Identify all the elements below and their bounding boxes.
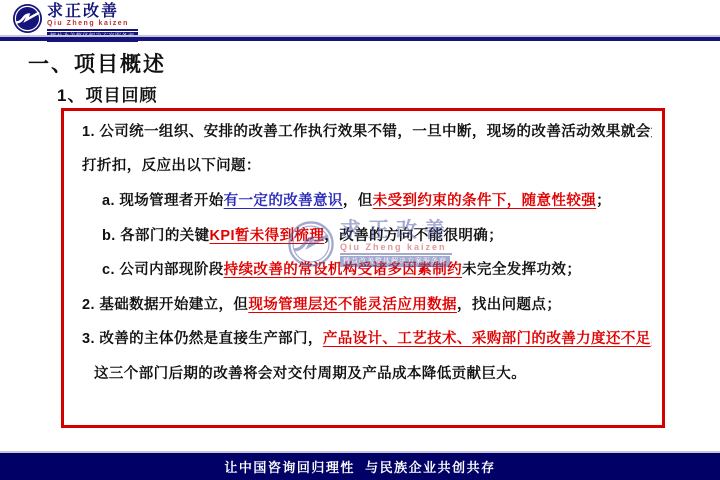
text-line: 这三个部门后期的改善将会对交付周期及产品成本降低贡献巨大。	[76, 355, 652, 390]
footer-slogan: 让中国咨询回归理性 与民族企业共创共存	[224, 457, 495, 476]
text-segment: 持续改善的常设机构受诸多因素制约	[224, 258, 462, 279]
text-line: a. 现场管理者开始有一定的改善意识，但未受到约束的条件下，随意性较强；	[76, 182, 652, 217]
text-line: 3. 改善的主体仍然是直接生产部门，产品设计、工艺技术、采购部门的改善力度还不足…	[76, 321, 652, 356]
text-segment: 1. 公司统一组织、安排的改善工作执行效果不错，一旦中断，现场的改善活动效果就会…	[82, 120, 652, 141]
text-segment: ，	[651, 327, 652, 348]
text-segment: c. 公司内部现阶段	[102, 258, 224, 279]
text-segment: ；	[596, 189, 611, 210]
text-segment: ，找出问题点；	[457, 293, 561, 314]
text-line: 打折扣，反应出以下问题：	[76, 148, 652, 183]
sub-title: 1、项目回顾	[57, 81, 157, 106]
brand-name-cn: 求正改善	[47, 3, 119, 20]
text-line: b. 各部门的关键KPI暂未得到梳理，改善的方向不能很明确；	[76, 217, 652, 252]
text-segment: 未完全发挥功效；	[462, 258, 581, 279]
text-segment: 产品设计、工艺技术、采购部门的改善力度还不足	[323, 327, 651, 348]
box-content: 1. 公司统一组织、安排的改善工作执行效果不错，一旦中断，现场的改善活动效果就会…	[64, 111, 662, 390]
text-line: 1. 公司统一组织、安排的改善工作执行效果不错，一旦中断，现场的改善活动效果就会…	[76, 113, 652, 148]
page-title: 一、项目概述	[28, 48, 166, 78]
text-segment: KPI暂未得到梳理	[210, 224, 325, 245]
text-segment: 打折扣，反应出以下问题：	[82, 154, 261, 175]
text-segment: b. 各部门的关键	[102, 224, 210, 245]
text-line: 2. 基础数据开始建立，但现场管理层还不能灵活应用数据，找出问题点；	[76, 286, 652, 321]
text-line: c. 公司内部现阶段持续改善的常设机构受诸多因素制约未完全发挥功效；	[76, 251, 652, 286]
text-segment: 3. 改善的主体仍然是直接生产部门，	[82, 327, 323, 348]
text-segment: 有一定的改善意识	[224, 189, 343, 210]
header-rule	[0, 37, 720, 41]
slide: 求正改善 Qiu Zheng kaizen 精益改善整体解决方案服务商 一、项目…	[0, 0, 720, 480]
text-segment: 2. 基础数据开始建立，但	[82, 293, 248, 314]
content-box: 1. 公司统一组织、安排的改善工作执行效果不错，一旦中断，现场的改善活动效果就会…	[61, 108, 665, 428]
brand-logo-icon	[12, 3, 43, 34]
text-segment: 这三个部门后期的改善将会对交付周期及产品成本降低贡献巨大。	[94, 362, 526, 383]
text-segment: 未受到约束的条件下，随意性较强	[373, 189, 597, 210]
text-segment: ，但	[343, 189, 373, 210]
text-segment: a. 现场管理者开始	[102, 189, 224, 210]
footer-bar: 让中国咨询回归理性 与民族企业共创共存	[0, 453, 720, 480]
text-segment: ，改善的方向不能很明确；	[324, 224, 503, 245]
text-segment: 现场管理层还不能灵活应用数据	[248, 293, 457, 314]
brand-name-en: Qiu Zheng kaizen	[47, 20, 138, 31]
